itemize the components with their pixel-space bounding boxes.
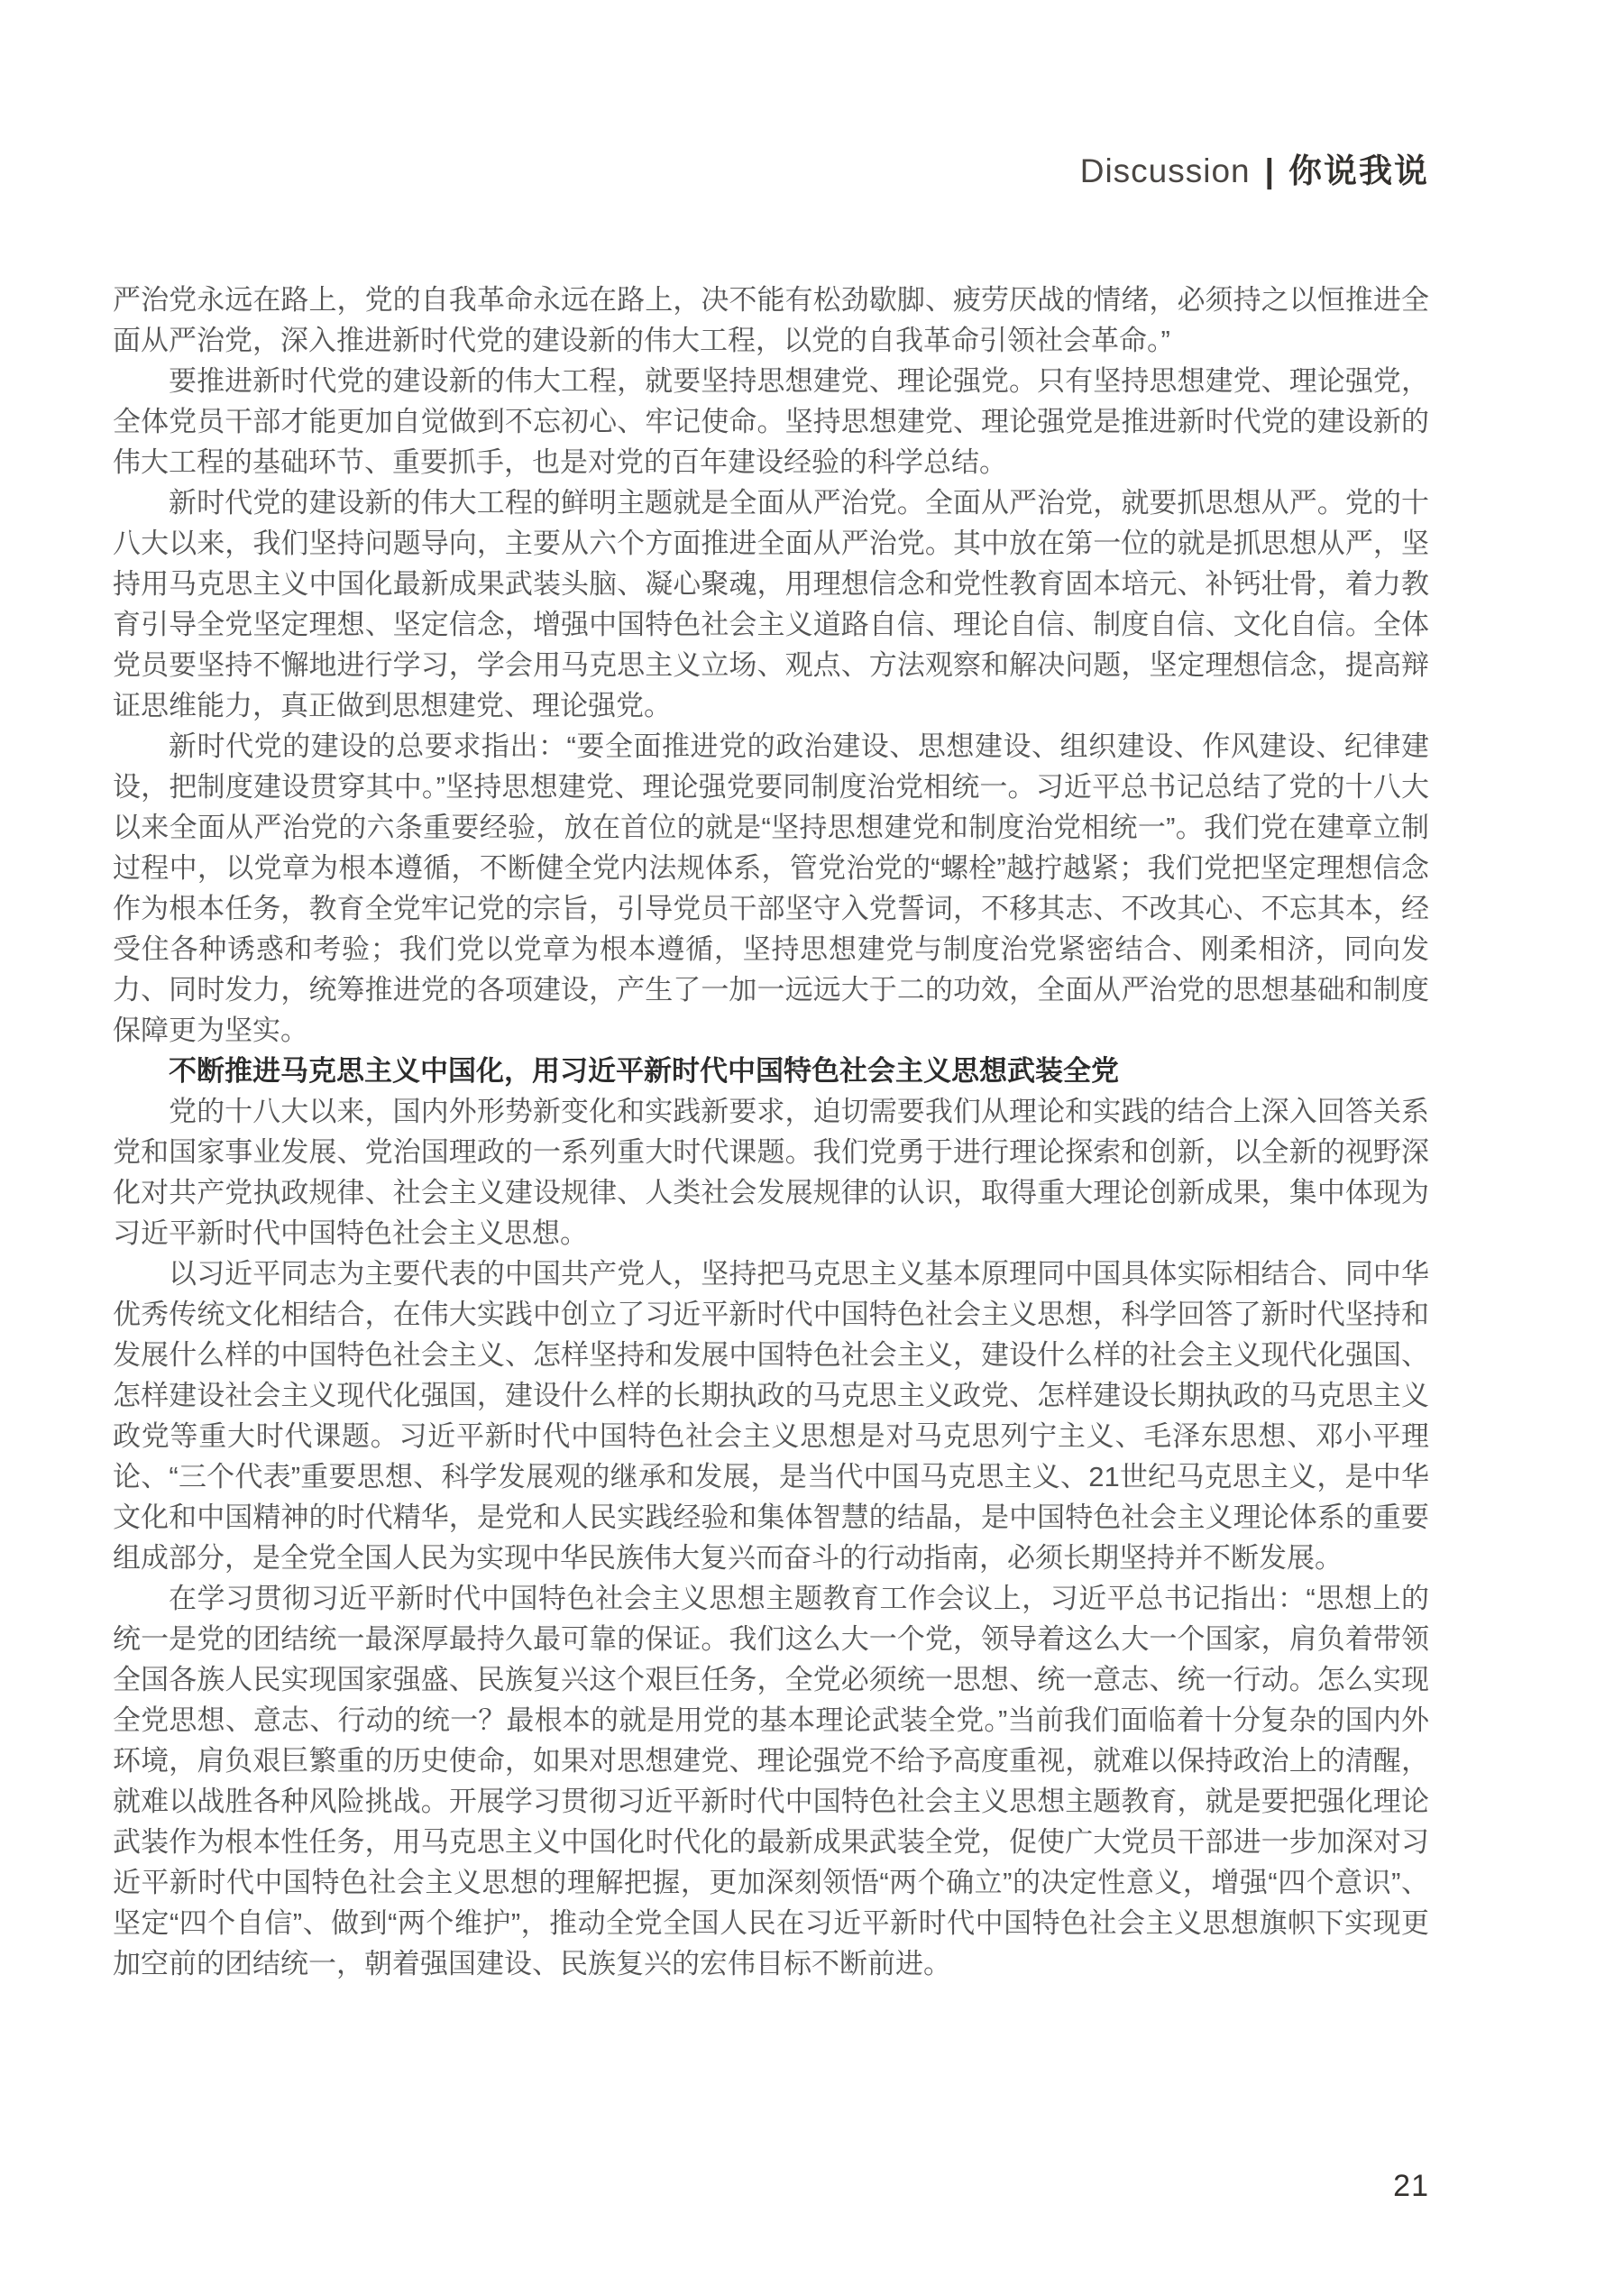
article-body: 严治党永远在路上，党的自我革命永远在路上，决不能有松劲歇脚、疲劳厌战的情绪，必须… (113, 280, 1429, 1984)
section-heading: 不断推进马克思主义中国化，用习近平新时代中国特色社会主义思想武装全党 (113, 1051, 1429, 1091)
paragraph: 以习近平同志为主要代表的中国共产党人，坚持把马克思主义基本原理同中国具体实际相结… (113, 1254, 1429, 1578)
paragraph: 党的十八大以来，国内外形势新变化和实践新要求，迫切需要我们从理论和实践的结合上深… (113, 1091, 1429, 1254)
paragraph: 新时代党的建设的总要求指出：“要全面推进党的政治建设、思想建设、组织建设、作风建… (113, 726, 1429, 1051)
header-separator: | (1265, 152, 1274, 189)
paragraph: 要推进新时代党的建设新的伟大工程，就要坚持思想建党、理论强党。只有坚持思想建党、… (113, 361, 1429, 482)
page-number: 21 (113, 2169, 1429, 2204)
paragraph: 新时代党的建设新的伟大工程的鲜明主题就是全面从严治党。全面从严治党，就要抓思想从… (113, 482, 1429, 726)
paragraph: 在学习贯彻习近平新时代中国特色社会主义思想主题教育工作会议上，习近平总书记指出：… (113, 1578, 1429, 1984)
paragraph-continuation: 严治党永远在路上，党的自我革命永远在路上，决不能有松劲歇脚、疲劳厌战的情绪，必须… (113, 280, 1429, 361)
section-label-en: Discussion (1080, 152, 1251, 189)
section-label-zh: 你说我说 (1288, 152, 1429, 189)
page-header: Discussion|你说我说 (113, 152, 1429, 191)
